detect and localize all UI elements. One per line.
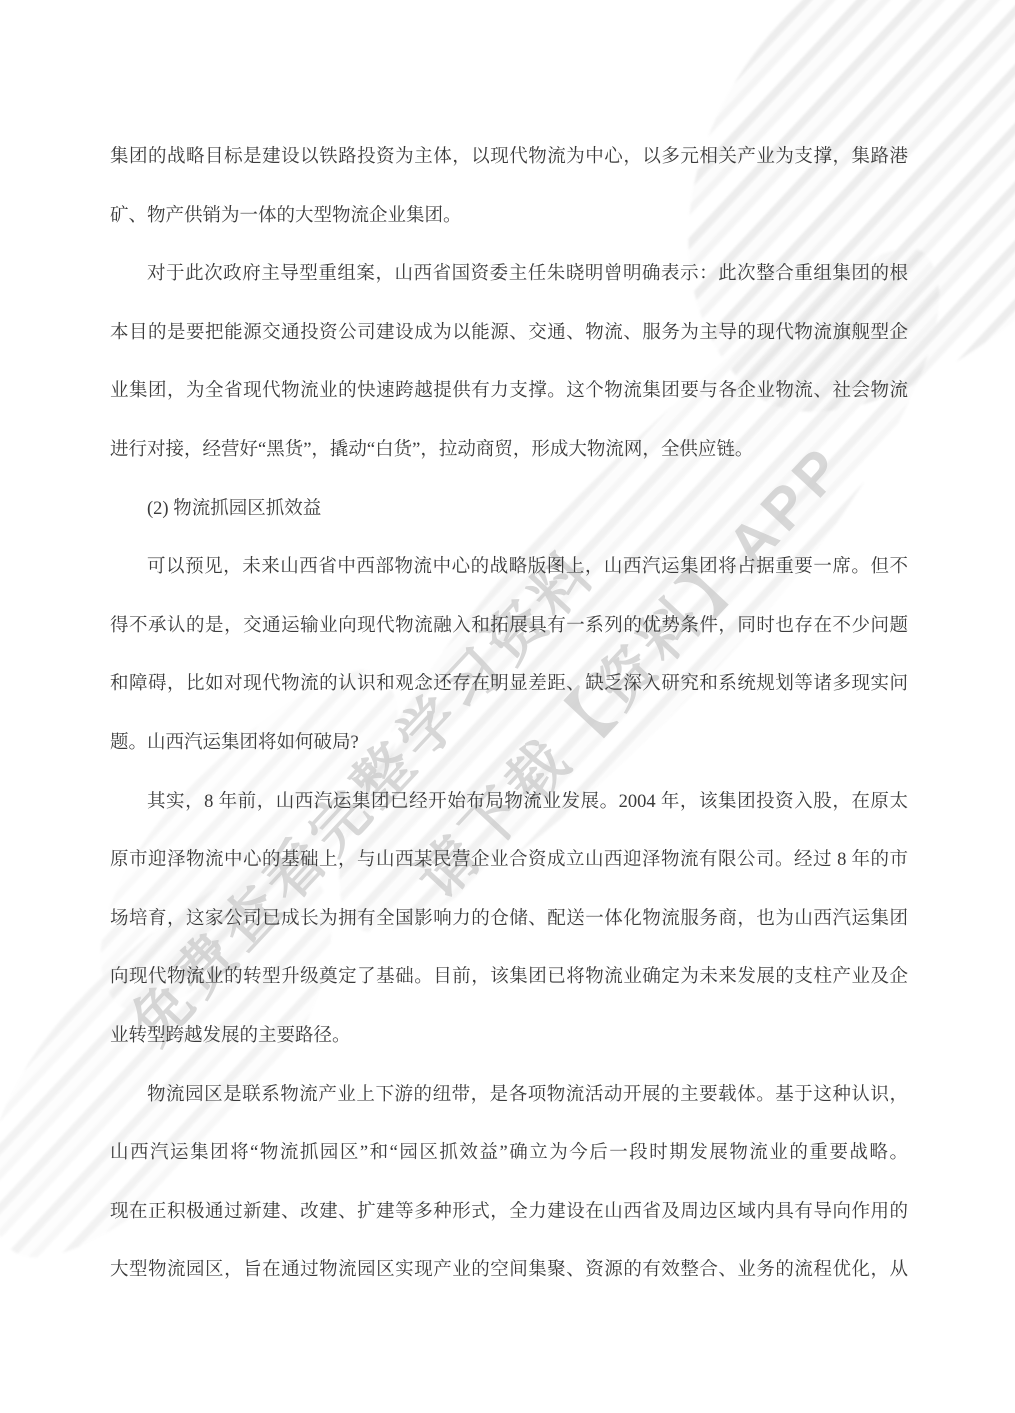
text-line: 业集团，为全省现代物流业的快速跨越提供有力支撑。这个物流集团要与各企业物流、社会… [110, 362, 908, 421]
text-line: 集团的战略目标是建设以铁路投资为主体，以现代物流为中心，以多元相关产业为支撑，集… [110, 128, 908, 187]
text-line: 原市迎泽物流中心的基础上，与山西某民营企业合资成立山西迎泽物流有限公司。经过 8… [110, 831, 908, 890]
text-line: 现在正积极通过新建、改建、扩建等多种形式，全力建设在山西省及周边区域内具有导向作… [110, 1183, 908, 1242]
text-line: 本目的是要把能源交通投资公司建设成为以能源、交通、物流、服务为主导的现代物流旗舰… [110, 304, 908, 363]
text-line: 对于此次政府主导型重组案，山西省国资委主任朱晓明曾明确表示：此次整合重组集团的根 [110, 245, 908, 304]
text-line: 进行对接，经营好“黑货”，撬动“白货”，拉动商贸，形成大物流网，全供应链。 [110, 421, 908, 480]
text-line: 场培育，这家公司已成长为拥有全国影响力的仓储、配送一体化物流服务商，也为山西汽运… [110, 890, 908, 949]
text-line: 大型物流园区，旨在通过物流园区实现产业的空间集聚、资源的有效整合、业务的流程优化… [110, 1241, 908, 1300]
text-line: 题。山西汽运集团将如何破局? [110, 714, 908, 773]
text-line: 向现代物流业的转型升级奠定了基础。目前，该集团已将物流业确定为未来发展的支柱产业… [110, 948, 908, 1007]
text-line: 山西汽运集团将“物流抓园区”和“园区抓效益”确立为今后一段时期发展物流业的重要战… [110, 1124, 908, 1183]
document-page: 免费查看完整学习资料 请下载【资料】APP 集团的战略目标是建设以铁路投资为主体… [0, 0, 1015, 1413]
document-body: 集团的战略目标是建设以铁路投资为主体，以现代物流为中心，以多元相关产业为支撑，集… [110, 128, 908, 1300]
text-line: 矿、物产供销为一体的大型物流企业集团。 [110, 187, 908, 246]
text-line: 业转型跨越发展的主要路径。 [110, 1007, 908, 1066]
text-line: 和障碍，比如对现代物流的认识和观念还存在明显差距、缺乏深入研究和系统规划等诸多现… [110, 655, 908, 714]
text-line: 可以预见，未来山西省中西部物流中心的战略版图上，山西汽运集团将占据重要一席。但不 [110, 538, 908, 597]
text-line: 得不承认的是，交通运输业向现代物流融入和拓展具有一系列的优势条件，同时也存在不少… [110, 597, 908, 656]
text-line: 物流园区是联系物流产业上下游的纽带，是各项物流活动开展的主要载体。基于这种认识， [110, 1066, 908, 1125]
text-line: 其实，8 年前，山西汽运集团已经开始布局物流业发展。2004 年，该集团投资入股… [110, 773, 908, 832]
text-line: (2) 物流抓园区抓效益 [110, 480, 908, 539]
